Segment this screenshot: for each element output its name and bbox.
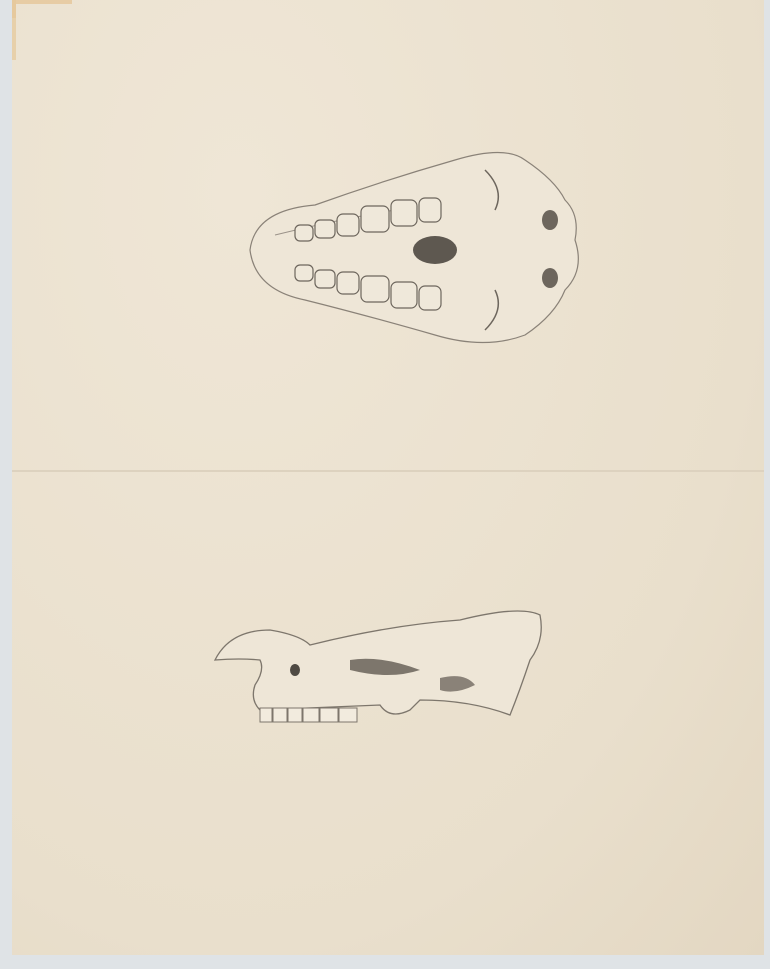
skull-side-drawing <box>210 600 550 730</box>
skull-underside-drawing <box>235 140 595 360</box>
paper-fold-line <box>12 470 764 472</box>
edge-stain <box>12 0 16 60</box>
corner-stain <box>12 0 72 18</box>
